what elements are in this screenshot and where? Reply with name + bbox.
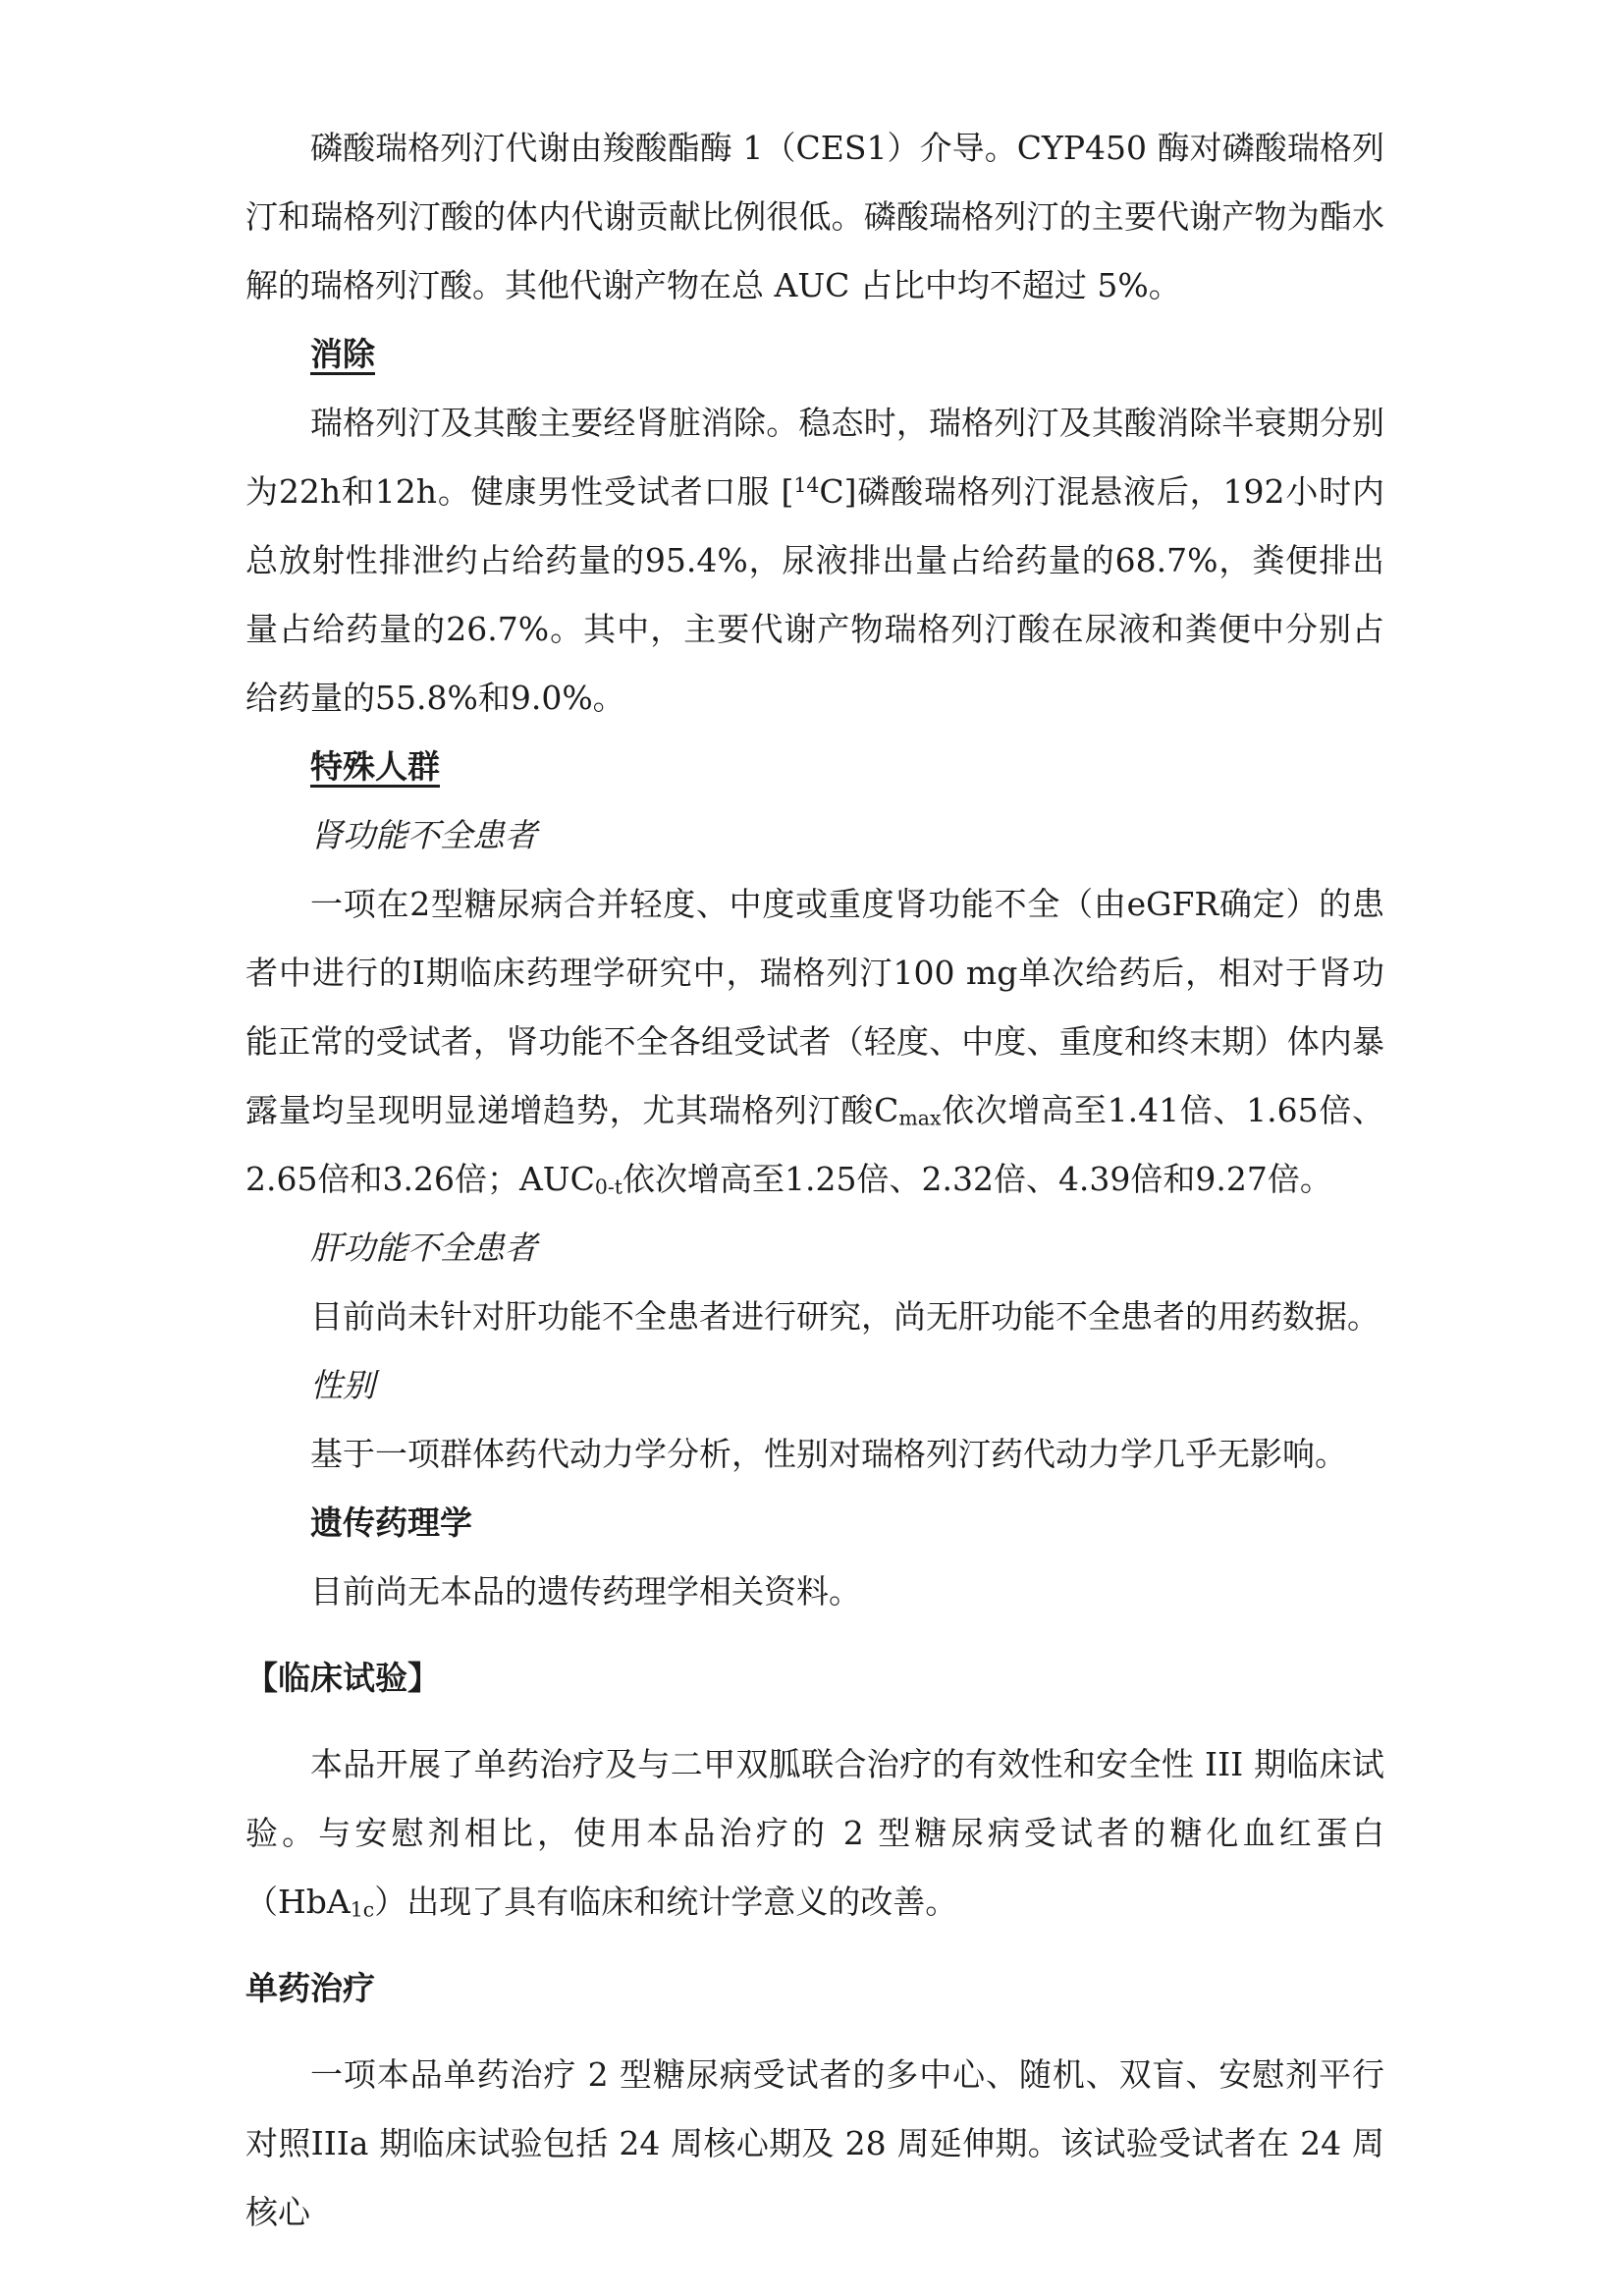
heading-clinical-trials: 【临床试验】 bbox=[245, 1644, 1384, 1713]
subheading-renal-impairment: 肾功能不全患者 bbox=[245, 801, 1384, 870]
para-pharmacogenomics: 目前尚无本品的遗传药理学相关资料。 bbox=[245, 1558, 1384, 1626]
heading-special-populations: 特殊人群 bbox=[245, 733, 1384, 801]
heading-monotherapy: 单药治疗 bbox=[245, 1954, 1384, 2023]
para-monotherapy: 一项本品单药治疗 2 型糖尿病受试者的多中心、随机、双盲、安慰剂平行对照IIIa… bbox=[245, 2041, 1384, 2247]
para-elimination: 瑞格列汀及其酸主要经肾脏消除。稳态时，瑞格列汀及其酸消除半衰期分别为22h和12… bbox=[245, 389, 1384, 733]
heading-pharmacogenomics: 遗传药理学 bbox=[245, 1489, 1384, 1558]
subheading-gender: 性别 bbox=[245, 1351, 1384, 1420]
document-page: 磷酸瑞格列汀代谢由羧酸酯酶 1（CES1）介导。CYP450 酶对磷酸瑞格列汀和… bbox=[245, 114, 1384, 2247]
para-gender: 基于一项群体药代动力学分析，性别对瑞格列汀药代动力学几乎无影响。 bbox=[245, 1420, 1384, 1489]
para-clinical-trials-intro: 本品开展了单药治疗及与二甲双胍联合治疗的有效性和安全性 III 期临床试验。与安… bbox=[245, 1730, 1384, 1937]
para-metabolism: 磷酸瑞格列汀代谢由羧酸酯酶 1（CES1）介导。CYP450 酶对磷酸瑞格列汀和… bbox=[245, 114, 1384, 320]
para-hepatic-impairment: 目前尚未针对肝功能不全患者进行研究，尚无肝功能不全患者的用药数据。 bbox=[245, 1283, 1384, 1351]
heading-elimination: 消除 bbox=[245, 320, 1384, 389]
subheading-hepatic-impairment: 肝功能不全患者 bbox=[245, 1214, 1384, 1283]
para-renal-impairment: 一项在2型糖尿病合并轻度、中度或重度肾功能不全（由eGFR确定）的患者中进行的Ⅰ… bbox=[245, 870, 1384, 1214]
